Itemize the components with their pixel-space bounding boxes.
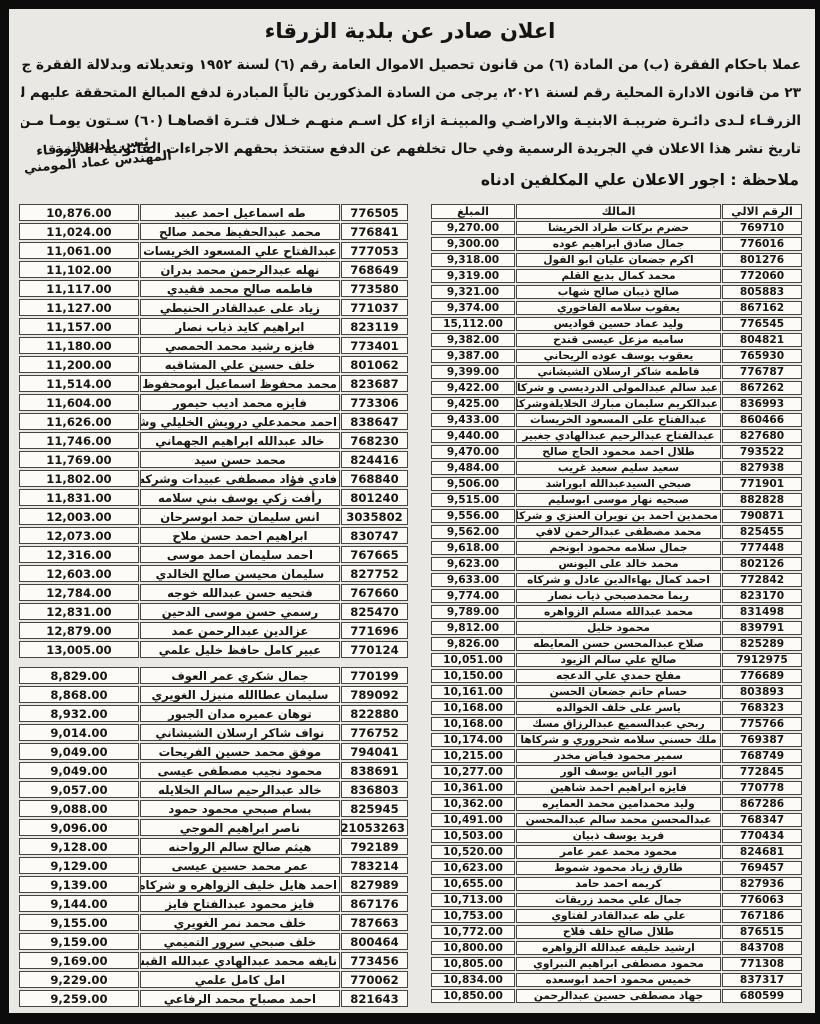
cell-serial: 801276 xyxy=(722,253,802,267)
cell-amount: 8,829.00 xyxy=(19,667,139,684)
table-row: 804821ساميه مزعل عيسى قندح9,382.00 xyxy=(431,333,802,347)
cell-amount: 9,128.00 xyxy=(19,838,139,855)
table-row: 823170ريما محمدصبحي ذياب نصار9,774.00 xyxy=(431,589,802,603)
cell-serial: 827680 xyxy=(722,429,802,443)
table-row: 825289صلاح عبدالمحسن حسن المعايطه9,826.0… xyxy=(431,637,802,651)
cell-amount: 9,057.00 xyxy=(19,781,139,798)
table-row: 789092سليمان عطاالله منيزل الغويري8,868.… xyxy=(19,686,408,703)
cell-amount: 11,180.00 xyxy=(19,337,139,354)
cell-owner: عبير كامل حافظ خليل علمي xyxy=(140,641,340,658)
cell-serial: 867176 xyxy=(341,895,408,912)
table-row: 825470رسمي حسن موسى الدحين12,831.00 xyxy=(19,603,408,620)
cell-owner: خلف صبحي سرور التميمي xyxy=(140,933,340,950)
cell-amount: 11,157.00 xyxy=(19,318,139,335)
cell-amount: 9,300.00 xyxy=(431,237,515,251)
cell-owner: صبحي السيدعبدالله ابوراشد xyxy=(516,477,721,491)
cell-amount: 9,049.00 xyxy=(19,762,139,779)
cell-owner: احمد كمال بهاءالدين عادل و شركاه xyxy=(516,573,721,587)
table-row: 773456نايفه محمد عبدالهادي عبدالله القبس… xyxy=(19,952,408,969)
cell-amount: 9,633.00 xyxy=(431,573,515,587)
cell-serial: 805883 xyxy=(722,285,802,299)
cell-serial: 838691 xyxy=(341,762,408,779)
cell-amount: 9,618.00 xyxy=(431,541,515,555)
cell-amount: 10,362.00 xyxy=(431,797,515,811)
cell-serial: 777053 xyxy=(341,242,408,259)
cell-serial: 776505 xyxy=(341,204,408,221)
cell-owner: عبدالكريم سليمان مبارك الخلايلةوشركاه xyxy=(516,397,721,411)
cell-amount: 10,800.00 xyxy=(431,941,515,955)
cell-owner: صلاح عبدالمحسن حسن المعايطه xyxy=(516,637,721,651)
table-row: 793522طلال احمد محمود الحاج صالح9,470.00 xyxy=(431,445,802,459)
cell-owner: سمير محمود فياض مخدر xyxy=(516,749,721,763)
table-row: 765930يعقوب يوسف عوده الريحاني9,387.00 xyxy=(431,349,802,363)
cell-owner: صبحيه نهار موسى ابوسليم xyxy=(516,493,721,507)
cell-serial: 770434 xyxy=(722,829,802,843)
cell-owner: زياد على عبدالقادر الحنيطي xyxy=(140,299,340,316)
cell-serial: 21053263 xyxy=(341,819,408,836)
cell-amount: 9,826.00 xyxy=(431,637,515,651)
cell-amount: 10,772.00 xyxy=(431,925,515,939)
cell-serial: 830747 xyxy=(341,527,408,544)
table-row: 768230خالد عبدالله ابراهيم الجهماني11,74… xyxy=(19,432,408,449)
cell-amount: 10,753.00 xyxy=(431,909,515,923)
fee-tables: الرقم الالي المالك المبلغ 769710حضرم برك… xyxy=(19,202,803,1009)
cell-owner: حسام حاتم جضعان الحسن xyxy=(516,685,721,699)
cell-serial: 771901 xyxy=(722,477,802,491)
cell-amount: 12,073.00 xyxy=(19,527,139,544)
cell-owner: كريمه احمد حامد xyxy=(516,877,721,891)
table-row: 827752سليمان محيسن صالح الخالدي12,603.00 xyxy=(19,565,408,582)
table-row: 773306فايزه محمد اديب حيمور11,604.00 xyxy=(19,394,408,411)
table-row: 770199جمال شكري عمر العوف8,829.00 xyxy=(19,667,408,684)
cell-owner: صالح علي سالم الزيود xyxy=(516,653,721,667)
cell-owner: محمود خليل xyxy=(516,621,721,635)
cell-serial: 839791 xyxy=(722,621,802,635)
table-row: 800464خلف صبحي سرور التميمي9,159.00 xyxy=(19,933,408,950)
table-row: 7912975صالح علي سالم الزيود10,051.00 xyxy=(431,653,802,667)
cell-owner: فاطمه شاكر ارسلان الشيشاني xyxy=(516,365,721,379)
cell-serial: 790871 xyxy=(722,509,802,523)
table-row: 769457طارق زياد محمود شموط10,623.00 xyxy=(431,861,802,875)
cell-serial: 867162 xyxy=(722,301,802,315)
column-header-serial: الرقم الالي xyxy=(722,204,802,219)
cell-serial: 770124 xyxy=(341,641,408,658)
table-row: 805883صالح ذيبان صالح شهاب9,321.00 xyxy=(431,285,802,299)
cell-amount: 9,425.00 xyxy=(431,397,515,411)
table-row: 768649نهله عبدالرحمن محمد بدران11,102.00 xyxy=(19,261,408,278)
cell-owner: عزالدين عبدالرحمن عمد xyxy=(140,622,340,639)
cell-owner: جمال سلامه محمود ابونجم xyxy=(516,541,721,555)
cell-amount: 11,024.00 xyxy=(19,223,139,240)
cell-owner: انس سليمان حمد ابوسرحان xyxy=(140,508,340,525)
cell-amount: 15,112.00 xyxy=(431,317,515,331)
scan-border-left xyxy=(0,0,9,1024)
cell-serial: 773401 xyxy=(341,337,408,354)
cell-amount: 9,440.00 xyxy=(431,429,515,443)
cell-serial: 823170 xyxy=(722,589,802,603)
cell-owner: ابراهيم كايد ذياب نصار xyxy=(140,318,340,335)
cell-owner: علي طه عبدالقادر لفتاوي xyxy=(516,909,721,923)
cell-serial: 836993 xyxy=(722,397,802,411)
cell-amount: 9,088.00 xyxy=(19,800,139,817)
cell-amount: 10,623.00 xyxy=(431,861,515,875)
note-line: ملاحظة : اجور الاعلان علي المكلفين ادناه xyxy=(481,171,799,189)
cell-amount: 11,604.00 xyxy=(19,394,139,411)
cell-owner: عبدالمحسن محمد سالم عبدالمحسن xyxy=(516,813,721,827)
table-row: 825945بسام صبحي محمود حمود9,088.00 xyxy=(19,800,408,817)
table-row: 821643احمد مصباح محمد الرفاعي9,259.00 xyxy=(19,990,408,1007)
cell-owner: خالد عبدالرحيم سالم الخلايله xyxy=(140,781,340,798)
cell-owner: فايزه ابراهيم احمد شاهين xyxy=(516,781,721,795)
cell-serial: 769710 xyxy=(722,221,802,235)
cell-serial: 824681 xyxy=(722,845,802,859)
table-row: 836993عبدالكريم سليمان مبارك الخلايلةوشر… xyxy=(431,397,802,411)
cell-owner: محمد حسن سيد xyxy=(140,451,340,468)
cell-amount: 9,556.00 xyxy=(431,509,515,523)
fees-table-left-column: 776505طه اسماعيل احمد عبيد10,876.0077684… xyxy=(18,202,409,1009)
cell-serial: 772845 xyxy=(722,765,802,779)
cell-serial: 867286 xyxy=(722,797,802,811)
cell-amount: 10,491.00 xyxy=(431,813,515,827)
cell-serial: 827752 xyxy=(341,565,408,582)
cell-owner: محمد محفوظ اسماعيل ابومحفوظ xyxy=(140,375,340,392)
cell-amount: 10,174.00 xyxy=(431,733,515,747)
cell-serial: 801062 xyxy=(341,356,408,373)
cell-owner: سليمان عطاالله منيزل الغويري xyxy=(140,686,340,703)
cell-serial: 773456 xyxy=(341,952,408,969)
cell-serial: 769387 xyxy=(722,733,802,747)
cell-owner: طلال احمد محمود الحاج صالح xyxy=(516,445,721,459)
cell-serial: 882828 xyxy=(722,493,802,507)
table-row: 801062خلف حسين علي المشاقبه11,200.00 xyxy=(19,356,408,373)
cell-amount: 11,514.00 xyxy=(19,375,139,392)
table-row: 771696عزالدين عبدالرحمن عمد12,879.00 xyxy=(19,622,408,639)
column-header-amount: المبلغ xyxy=(431,204,515,219)
table-row: 803893حسام حاتم جضعان الحسن10,161.00 xyxy=(431,685,802,699)
cell-amount: 10,215.00 xyxy=(431,749,515,763)
cell-serial: 773306 xyxy=(341,394,408,411)
table-row: 792189هيثم صالح سالم الرواحنه9,128.00 xyxy=(19,838,408,855)
table-row: 777053عبدالفتاح علي المسعود الخريسات11,0… xyxy=(19,242,408,259)
table-row: 680599جهاد مصطفى حسين عبدالرحمن10,850.00 xyxy=(431,989,802,1003)
cell-serial: 776545 xyxy=(722,317,802,331)
table-row: 775766ربحي عبدالسميع عبدالرزاق مسك10,168… xyxy=(431,717,802,731)
cell-amount: 9,159.00 xyxy=(19,933,139,950)
cell-serial: 770778 xyxy=(722,781,802,795)
table-row: 836803خالد عبدالرحيم سالم الخلايله9,057.… xyxy=(19,781,408,798)
cell-amount: 8,932.00 xyxy=(19,705,139,722)
cell-owner: طه اسماعيل احمد عبيد xyxy=(140,204,340,221)
cell-owner: فايز محمود عبدالفتاح فايز xyxy=(140,895,340,912)
body-line-3: الزرقـاء لـدى دائـرة ضريبـة الابنيـة وال… xyxy=(21,107,801,135)
table-row: 827936كريمه احمد حامد10,655.00 xyxy=(431,877,802,891)
cell-serial: 772060 xyxy=(722,269,802,283)
table-row: 867176فايز محمود عبدالفتاح فايز9,144.00 xyxy=(19,895,408,912)
page-content: اعلان صادر عن بلدية الزرقاء عملا باحكام … xyxy=(9,9,811,1013)
cell-serial: 769457 xyxy=(722,861,802,875)
cell-amount: 12,784.00 xyxy=(19,584,139,601)
table-row: 771901صبحي السيدعبدالله ابوراشد9,506.00 xyxy=(431,477,802,491)
body-line-1: عملا باحكام الفقرة (ب) من المادة (٦) من … xyxy=(21,51,801,79)
cell-amount: 11,769.00 xyxy=(19,451,139,468)
cell-amount: 10,520.00 xyxy=(431,845,515,859)
cell-amount: 10,051.00 xyxy=(431,653,515,667)
table-row: 831498محمد عبدالله مسلم الزواهره9,789.00 xyxy=(431,605,802,619)
table-row: 794041موفق محمد حسين الفريحات9,049.00 xyxy=(19,743,408,760)
cell-serial: 777448 xyxy=(722,541,802,555)
table-row: 801276اكرم جضعان عليان ابو الفول9,318.00 xyxy=(431,253,802,267)
cell-owner: عمر محمد حسين عيسى xyxy=(140,857,340,874)
cell-serial: 825945 xyxy=(341,800,408,817)
cell-owner: فادي فؤاد مصطفى عبيدات وشركه xyxy=(140,470,340,487)
cell-owner: بسام صبحي محمود حمود xyxy=(140,800,340,817)
cell-owner: محمود نجيب مصطفى عيسى xyxy=(140,762,340,779)
cell-owner: جمال علي محمد زريقات xyxy=(516,893,721,907)
cell-amount: 9,169.00 xyxy=(19,952,139,969)
cell-owner: وليد محمدامين محمد العمايره xyxy=(516,797,721,811)
cell-amount: 9,470.00 xyxy=(431,445,515,459)
signature-note-zone: رئيس بلدية الزرقاء المهندس عماد المومني … xyxy=(13,163,807,199)
cell-owner: يعقوب يوسف عوده الريحاني xyxy=(516,349,721,363)
cell-amount: 12,316.00 xyxy=(19,546,139,563)
cell-owner: سليمان محيسن صالح الخالدي xyxy=(140,565,340,582)
body-line-2: ٢٣ من قانون الادارة المحلية رقم لسنة ٢٠٢… xyxy=(21,79,801,107)
cell-amount: 9,374.00 xyxy=(431,301,515,315)
cell-owner: ابراهيم احمد حسن ملاح xyxy=(140,527,340,544)
cell-owner: ارشيد خليفه عبدالله الزواهره xyxy=(516,941,721,955)
cell-serial: 776063 xyxy=(722,893,802,907)
table-row: 769387ملك حسني سلامه شحروري و شركاها10,1… xyxy=(431,733,802,747)
cell-owner: احمد مصباح محمد الرفاعي xyxy=(140,990,340,1007)
table-row: 773580فاطمه صالح محمد فقيدي11,117.00 xyxy=(19,280,408,297)
table-row: 769710حضرم بركات طراد الخريشا9,270.00 xyxy=(431,221,802,235)
cell-owner: صالح ذيبان صالح شهاب xyxy=(516,285,721,299)
table-row: 770778فايزه ابراهيم احمد شاهين10,361.00 xyxy=(431,781,802,795)
cell-serial: 768649 xyxy=(341,261,408,278)
table-row: 767186علي طه عبدالقادر لفتاوي10,753.00 xyxy=(431,909,802,923)
cell-serial: 802126 xyxy=(722,557,802,571)
table-row: 827938سعيد سليم سعيد غريب9,484.00 xyxy=(431,461,802,475)
cell-owner: هيثم صالح سالم الرواحنه xyxy=(140,838,340,855)
cell-owner: خلف محمد نمر الغويري xyxy=(140,914,340,931)
cell-amount: 9,623.00 xyxy=(431,557,515,571)
cell-owner: جمال صادق ابراهيم عوده xyxy=(516,237,721,251)
table-row: 776841محمد عبدالحفيظ محمد صالح11,024.00 xyxy=(19,223,408,240)
cell-serial: 768840 xyxy=(341,470,408,487)
cell-serial: 867262 xyxy=(722,381,802,395)
cell-owner: محمدين احمد بن نويران العنزي و شركاه xyxy=(516,509,721,523)
cell-owner: ياسر على خلف الخوالده xyxy=(516,701,721,715)
table-row: 801240رأفت زكي يوسف بني سلامه11,831.00 xyxy=(19,489,408,506)
table-row: 838691محمود نجيب مصطفى عيسى9,049.00 xyxy=(19,762,408,779)
cell-amount: 9,484.00 xyxy=(431,461,515,475)
cell-amount: 10,161.00 xyxy=(431,685,515,699)
cell-owner: فريد يوسف ذبيان xyxy=(516,829,721,843)
cell-amount: 12,831.00 xyxy=(19,603,139,620)
table-row: 768323ياسر على خلف الخوالده10,168.00 xyxy=(431,701,802,715)
cell-owner: ربحي عبدالسميع عبدالرزاق مسك xyxy=(516,717,721,731)
cell-serial: 821643 xyxy=(341,990,408,1007)
cell-owner: توهان عميره مدان الجبور xyxy=(140,705,340,722)
table-row: 776545وليد عماد حسين قواديس15,112.00 xyxy=(431,317,802,331)
cell-owner: رأفت زكي يوسف بني سلامه xyxy=(140,489,340,506)
table-row: 776689مفلح حمدي علي الدعجه10,150.00 xyxy=(431,669,802,683)
table-row: 768347عبدالمحسن محمد سالم عبدالمحسن10,49… xyxy=(431,813,802,827)
cell-amount: 11,127.00 xyxy=(19,299,139,316)
cell-amount: 9,129.00 xyxy=(19,857,139,874)
cell-serial: 775766 xyxy=(722,717,802,731)
cell-serial: 773580 xyxy=(341,280,408,297)
cell-owner: نهله عبدالرحمن محمد بدران xyxy=(140,261,340,278)
cell-owner: عبد سالم عبدالمولى الدرديسي و شركاه xyxy=(516,381,721,395)
table-row: 776016جمال صادق ابراهيم عوده9,300.00 xyxy=(431,237,802,251)
cell-serial: 803893 xyxy=(722,685,802,699)
table-row: 768840فادي فؤاد مصطفى عبيدات وشركه11,802… xyxy=(19,470,408,487)
cell-serial: 792189 xyxy=(341,838,408,855)
cell-amount: 9,506.00 xyxy=(431,477,515,491)
cell-owner: انور الياس يوسف الور xyxy=(516,765,721,779)
cell-amount: 11,102.00 xyxy=(19,261,139,278)
cell-serial: 771308 xyxy=(722,957,802,971)
table-header-row: الرقم الالي المالك المبلغ xyxy=(431,204,802,219)
cell-serial: 783214 xyxy=(341,857,408,874)
cell-serial: 837317 xyxy=(722,973,802,987)
cell-serial: 772842 xyxy=(722,573,802,587)
cell-owner: محمد كمال بديع القلم xyxy=(516,269,721,283)
cell-owner: محمود مصطفى ابراهيم النبراوي xyxy=(516,957,721,971)
table-row: 827680عبدالفتاح عبدالرحيم عبدالهادي جغبي… xyxy=(431,429,802,443)
table-row: 837317خميس محمود احمد ابوسعده10,834.00 xyxy=(431,973,802,987)
cell-serial: 7912975 xyxy=(722,653,802,667)
cell-serial: 825470 xyxy=(341,603,408,620)
cell-serial: 822880 xyxy=(341,705,408,722)
cell-amount: 10,655.00 xyxy=(431,877,515,891)
cell-serial: 770199 xyxy=(341,667,408,684)
cell-amount: 10,361.00 xyxy=(431,781,515,795)
table-row: 771308محمود مصطفى ابراهيم النبراوي10,805… xyxy=(431,957,802,971)
cell-amount: 8,868.00 xyxy=(19,686,139,703)
cell-amount: 10,805.00 xyxy=(431,957,515,971)
cell-serial: 765930 xyxy=(722,349,802,363)
table-row: 824416محمد حسن سيد11,769.00 xyxy=(19,451,408,468)
cell-serial: 801240 xyxy=(341,489,408,506)
cell-amount: 9,562.00 xyxy=(431,525,515,539)
cell-owner: خالد عبدالله ابراهيم الجهماني xyxy=(140,432,340,449)
cell-owner: امل كامل علمي xyxy=(140,971,340,988)
cell-owner: نايفه محمد عبدالهادي عبدالله القبسي xyxy=(140,952,340,969)
fees-table-left-block-2: 770199جمال شكري عمر العوف8,829.00789092س… xyxy=(18,665,409,1009)
table-row: 843708ارشيد خليفه عبدالله الزواهره10,800… xyxy=(431,941,802,955)
table-row: 770124عبير كامل حافظ خليل علمي13,005.00 xyxy=(19,641,408,658)
cell-amount: 12,879.00 xyxy=(19,622,139,639)
cell-serial: 776689 xyxy=(722,669,802,683)
cell-owner: محمد عبدالحفيظ محمد صالح xyxy=(140,223,340,240)
cell-owner: محمد خالد على اليونس xyxy=(516,557,721,571)
cell-owner: احمد سليمان احمد موسى xyxy=(140,546,340,563)
cell-serial: 771696 xyxy=(341,622,408,639)
cell-serial: 770062 xyxy=(341,971,408,988)
table-row: 771037زياد على عبدالقادر الحنيطي11,127.0… xyxy=(19,299,408,316)
cell-amount: 9,789.00 xyxy=(431,605,515,619)
table-row: 767660فتحيه حسن عبدالله خوجه12,784.00 xyxy=(19,584,408,601)
cell-amount: 12,603.00 xyxy=(19,565,139,582)
cell-owner: ملك حسني سلامه شحروري و شركاها xyxy=(516,733,721,747)
table-row: 839791محمود خليل9,812.00 xyxy=(431,621,802,635)
cell-amount: 11,802.00 xyxy=(19,470,139,487)
table-row: 802126محمد خالد على اليونس9,623.00 xyxy=(431,557,802,571)
cell-amount: 9,259.00 xyxy=(19,990,139,1007)
cell-owner: ساميه مزعل عيسى قندح xyxy=(516,333,721,347)
table-row: 772060محمد كمال بديع القلم9,319.00 xyxy=(431,269,802,283)
cell-owner: خلف حسين علي المشاقبه xyxy=(140,356,340,373)
cell-amount: 10,277.00 xyxy=(431,765,515,779)
cell-amount: 9,433.00 xyxy=(431,413,515,427)
cell-amount: 13,005.00 xyxy=(19,641,139,658)
fees-table-right: الرقم الالي المالك المبلغ 769710حضرم برك… xyxy=(430,202,803,1005)
cell-serial: 768749 xyxy=(722,749,802,763)
cell-amount: 11,746.00 xyxy=(19,432,139,449)
cell-serial: 823119 xyxy=(341,318,408,335)
cell-owner: نواف شاكر ارسلان الشيشاني xyxy=(140,724,340,741)
cell-owner: اكرم جضعان عليان ابو الفول xyxy=(516,253,721,267)
cell-serial: 767186 xyxy=(722,909,802,923)
cell-serial: 827936 xyxy=(722,877,802,891)
cell-serial: 680599 xyxy=(722,989,802,1003)
table-row: 830747ابراهيم احمد حسن ملاح12,073.00 xyxy=(19,527,408,544)
cell-serial: 793522 xyxy=(722,445,802,459)
table-row: 882828صبحيه نهار موسى ابوسليم9,515.00 xyxy=(431,493,802,507)
cell-owner: جمال شكري عمر العوف xyxy=(140,667,340,684)
table-row: 827989احمد هايل خليف الزواهره و شركاه9,1… xyxy=(19,876,408,893)
table-row: 770062امل كامل علمي9,229.00 xyxy=(19,971,408,988)
cell-serial: 3035802 xyxy=(341,508,408,525)
cell-amount: 9,318.00 xyxy=(431,253,515,267)
cell-amount: 10,834.00 xyxy=(431,973,515,987)
cell-serial: 776841 xyxy=(341,223,408,240)
cell-serial: 860466 xyxy=(722,413,802,427)
cell-owner: مفلح حمدي علي الدعجه xyxy=(516,669,721,683)
cell-serial: 824416 xyxy=(341,451,408,468)
cell-amount: 11,061.00 xyxy=(19,242,139,259)
table-row: 777448جمال سلامه محمود ابونجم9,618.00 xyxy=(431,541,802,555)
cell-owner: محمد مصطفى عبدالرحمن لافي xyxy=(516,525,721,539)
cell-amount: 9,139.00 xyxy=(19,876,139,893)
cell-amount: 9,155.00 xyxy=(19,914,139,931)
column-header-owner: المالك xyxy=(516,204,721,219)
cell-amount: 11,117.00 xyxy=(19,280,139,297)
cell-serial: 767660 xyxy=(341,584,408,601)
cell-owner: فاطمه صالح محمد فقيدي xyxy=(140,280,340,297)
scan-border-right xyxy=(815,0,820,1024)
cell-owner: سعيد سليم سعيد غريب xyxy=(516,461,721,475)
cell-serial: 827938 xyxy=(722,461,802,475)
cell-owner: احمد محمدعلي درويش الخليلي وشركاه xyxy=(140,413,340,430)
cell-amount: 9,399.00 xyxy=(431,365,515,379)
cell-serial: 876515 xyxy=(722,925,802,939)
cell-owner: طلال صالح خلف فلاح xyxy=(516,925,721,939)
fees-table-left-block-1: 776505طه اسماعيل احمد عبيد10,876.0077684… xyxy=(18,202,409,660)
cell-owner: فايزه محمد اديب حيمور xyxy=(140,394,340,411)
cell-amount: 9,387.00 xyxy=(431,349,515,363)
table-row: 21053263ناصر ابراهيم الموجي9,096.00 xyxy=(19,819,408,836)
cell-amount: 10,850.00 xyxy=(431,989,515,1003)
cell-serial: 794041 xyxy=(341,743,408,760)
cell-serial: 768230 xyxy=(341,432,408,449)
cell-owner: عبدالفتاح عبدالرحيم عبدالهادي جغبير xyxy=(516,429,721,443)
cell-amount: 11,831.00 xyxy=(19,489,139,506)
table-row: 768749سمير محمود فياض مخدر10,215.00 xyxy=(431,749,802,763)
cell-owner: وليد عماد حسين قواديس xyxy=(516,317,721,331)
